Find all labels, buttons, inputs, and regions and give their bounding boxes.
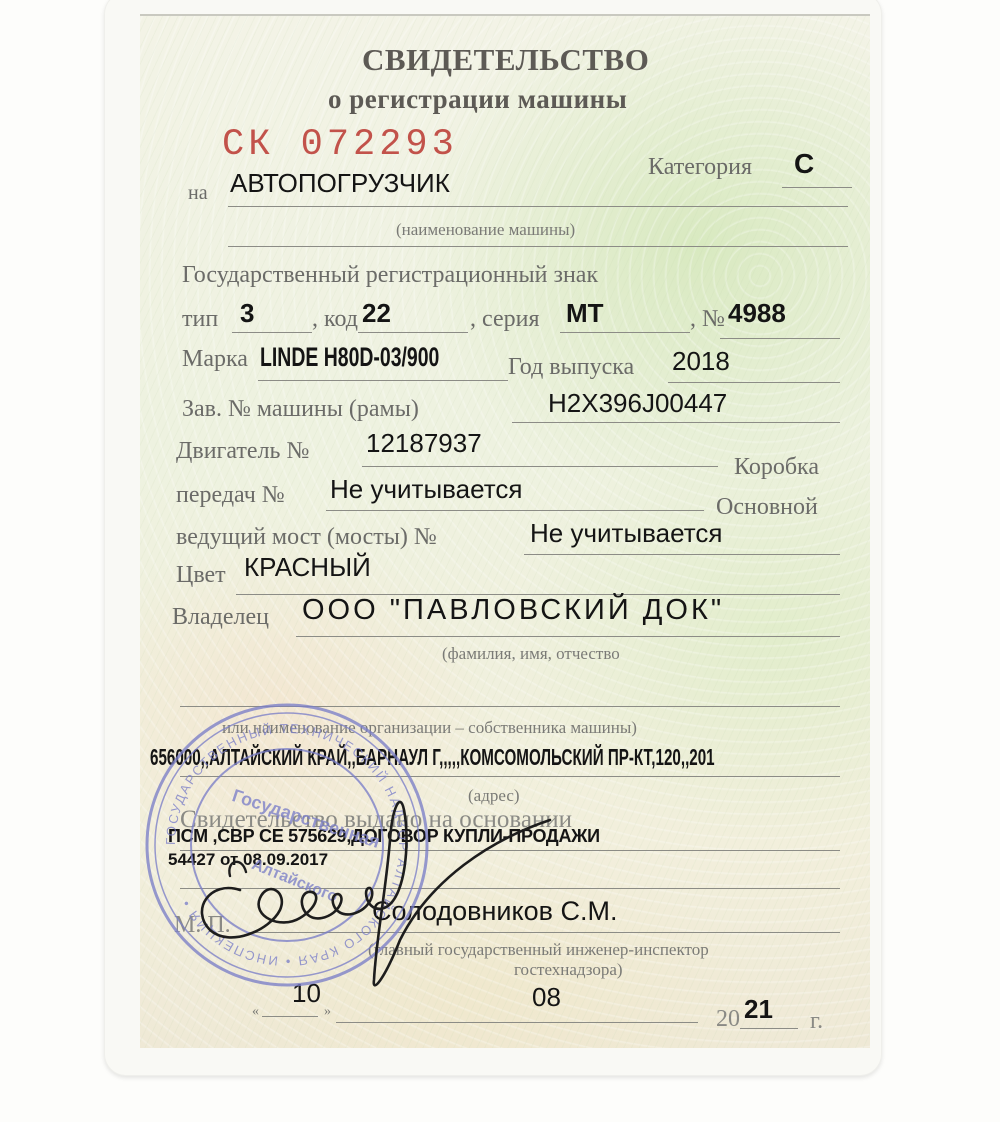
date-year-prefix: 20 xyxy=(716,1006,740,1033)
address-underline xyxy=(180,776,840,777)
gearbox-value: Не учитывается xyxy=(330,474,522,505)
engine-value: 12187937 xyxy=(366,428,482,459)
day-underline xyxy=(262,1016,318,1017)
gearbox-label-2: передач № xyxy=(176,482,285,509)
basis-line-1: ПСМ ,СВР СЕ 575629,ДОГОВОР КУПЛИ-ПРОДАЖИ xyxy=(168,826,600,847)
owner-underline-2 xyxy=(180,706,840,707)
type-value: 3 xyxy=(240,298,254,329)
year-suffix-underline xyxy=(740,1028,798,1029)
frame-value: H2X396J00447 xyxy=(548,388,727,419)
inspector-underline xyxy=(248,932,840,933)
number-label: , № xyxy=(690,306,725,333)
series-label: , серия xyxy=(470,306,539,333)
series-value: МТ xyxy=(566,298,604,329)
category-value: C xyxy=(794,148,814,180)
code-underline xyxy=(358,332,468,333)
number-value: 4988 xyxy=(728,298,786,329)
owner-caption-2: или наименование организации – собственн… xyxy=(222,718,637,738)
address-caption: (адрес) xyxy=(468,786,520,806)
axle-label-1: Основной xyxy=(716,494,818,521)
document-subtitle: о регистрации машины xyxy=(328,84,627,115)
basis-line-2: 54427 от 08.09.2017 xyxy=(168,850,328,870)
owner-underline xyxy=(296,636,840,637)
axle-value: Не учитывается xyxy=(530,518,722,549)
month-underline xyxy=(336,1022,698,1023)
inspector-caption-2: гостехнадзора) xyxy=(514,960,623,980)
gearbox-label-1: Коробка xyxy=(734,454,819,481)
year-underline xyxy=(668,382,840,383)
basis-underline-2 xyxy=(180,888,840,889)
brand-value: LINDE H80D-03/900 xyxy=(260,342,439,373)
serial-number: СК 072293 xyxy=(222,124,458,166)
code-label: , код xyxy=(312,306,358,333)
engine-underline xyxy=(362,466,718,467)
brand-underline xyxy=(258,380,508,381)
date-day: 10 xyxy=(292,978,321,1009)
code-value: 22 xyxy=(362,298,391,329)
year-label: Год выпуска xyxy=(508,354,634,381)
frame-underline xyxy=(512,422,840,423)
owner-caption-1: (фамилия, имя, отчество xyxy=(442,644,620,664)
year-value: 2018 xyxy=(672,346,730,377)
category-underline xyxy=(782,187,852,188)
registration-sign-heading: Государственный регистрационный знак xyxy=(182,262,598,289)
registration-certificate: СВИДЕТЕЛЬСТВО о регистрации машины СК 07… xyxy=(140,14,870,1048)
date-year-suffix: 21 xyxy=(744,994,773,1025)
frame-label: Зав. № машины (рамы) xyxy=(182,396,419,423)
seal-label: М. П. xyxy=(174,912,231,939)
color-value: КРАСНЫЙ xyxy=(244,552,371,583)
date-year-label: г. xyxy=(810,1008,823,1035)
engine-label: Двигатель № xyxy=(176,438,309,465)
date-month: 08 xyxy=(532,982,561,1013)
date-close-quote: » xyxy=(324,1004,331,1020)
series-underline xyxy=(560,332,690,333)
owner-value: ООО "ПАВЛОВСКИЙ ДОК" xyxy=(302,594,724,627)
owner-address: 656000,,АЛТАЙСКИЙ КРАЙ,,БАРНАУЛ Г,,,,,КО… xyxy=(150,744,715,771)
on-label: на xyxy=(188,182,208,205)
gearbox-underline xyxy=(326,510,704,511)
axle-underline xyxy=(524,554,840,555)
owner-label: Владелец xyxy=(172,604,269,631)
inspector-caption-1: (главный государственный инженер-инспект… xyxy=(368,940,709,960)
type-underline xyxy=(232,332,312,333)
machine-name: АВТОПОГРУЗЧИК xyxy=(230,168,450,199)
axle-label-2: ведущий мост (мосты) № xyxy=(176,524,437,551)
number-underline xyxy=(720,338,840,339)
brand-label: Марка xyxy=(182,346,248,373)
inspector-name: Солодовников С.М. xyxy=(372,896,617,927)
color-label: Цвет xyxy=(176,562,226,589)
date-open-quote: « xyxy=(252,1004,259,1020)
document-title: СВИДЕТЕЛЬСТВО xyxy=(362,42,649,78)
category-label: Категория xyxy=(648,154,752,181)
type-label: тип xyxy=(182,306,218,333)
machine-name-caption: (наименование машины) xyxy=(396,220,575,240)
machine-name-underline xyxy=(228,206,848,207)
machine-name-underline-2 xyxy=(228,246,848,247)
